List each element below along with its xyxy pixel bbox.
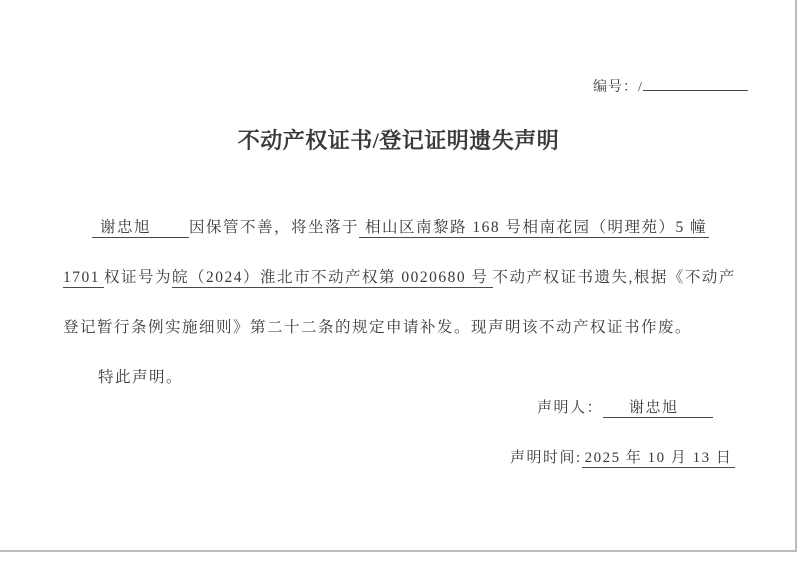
body-line-1: 谢忠旭因保管不善，将坐落于相山区南黎路 168 号相南花园（明理苑）5 幢 xyxy=(63,203,743,253)
serial-blank-underline xyxy=(643,77,748,91)
date-label: 声明时间: xyxy=(510,450,582,466)
body-line2-text2: 不动产权证书遗失,根据《不动产 xyxy=(493,269,736,286)
declarant-label: 声明人： xyxy=(537,400,603,416)
unit-number-blank: 1701 xyxy=(63,269,104,288)
certificate-number-blank: 皖（2024）淮北市不动产权第 0020680 号 xyxy=(172,269,493,288)
body-line-3: 登记暂行条例实施细则》第二十二条的规定申请补发。现声明该不动产权证书作废。 xyxy=(63,303,743,353)
property-address-blank: 相山区南黎路 168 号相南花园（明理苑）5 幢 xyxy=(359,219,709,238)
declarant-name-blank: 谢忠旭 xyxy=(92,219,189,238)
declarant-signature-name: 谢忠旭 xyxy=(603,400,713,418)
serial-number-row: 编号：/ xyxy=(593,76,748,96)
body-line-2: 1701权证号为皖（2024）淮北市不动产权第 0020680 号不动产权证书遗… xyxy=(63,253,743,303)
declarant-signature-row: 声明人：谢忠旭 xyxy=(537,396,713,417)
body-line2-text1: 权证号为 xyxy=(104,269,172,286)
page-edge-right xyxy=(795,0,797,551)
document-title: 不动产权证书/登记证明遗失声明 xyxy=(0,124,797,155)
declaration-date-row: 声明时间:2025 年 10 月 13 日 xyxy=(510,446,735,467)
body-line1-text: 因保管不善，将坐落于 xyxy=(189,219,359,236)
page-edge-bottom xyxy=(0,550,797,552)
serial-label: 编号： xyxy=(593,80,638,95)
declaration-date-value: 2025 年 10 月 13 日 xyxy=(582,450,736,468)
declaration-body: 谢忠旭因保管不善，将坐落于相山区南黎路 168 号相南花园（明理苑）5 幢 17… xyxy=(63,203,743,403)
